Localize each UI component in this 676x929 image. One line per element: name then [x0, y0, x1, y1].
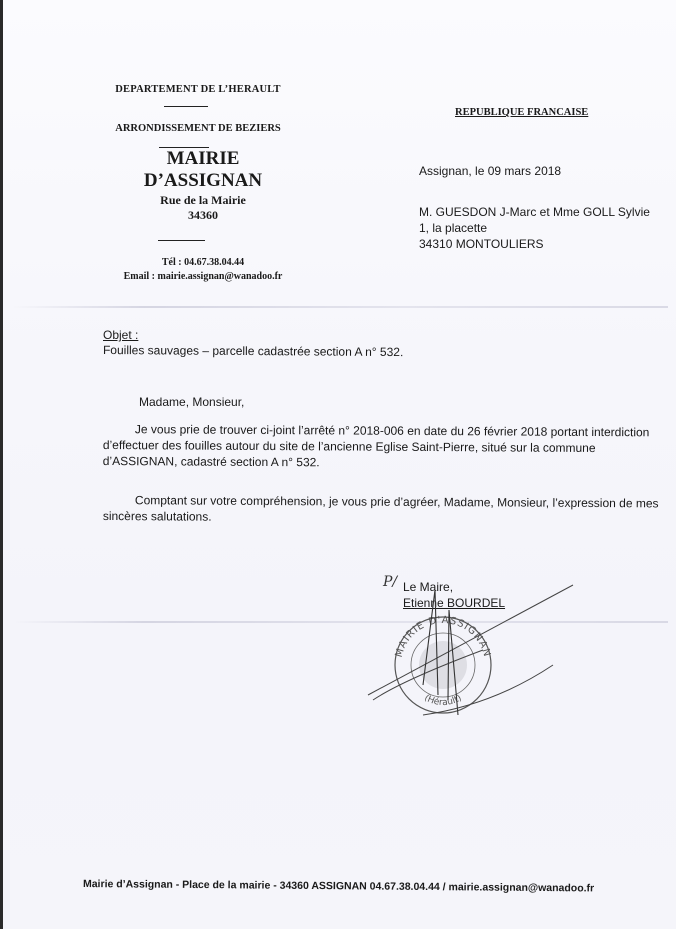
mairie-title: MAIRIE D’ASSIGNAN: [83, 148, 323, 192]
email: Email : mairie.assignan@wanadoo.fr: [63, 270, 343, 284]
postcode: 34360: [83, 208, 323, 223]
recipient-address: M. GUESDON J-Marc et Mme GOLL Sylvie 1, …: [419, 204, 650, 252]
recipient-line3: 34310 MONTOULIERS: [419, 236, 650, 252]
fold-line: [13, 306, 668, 308]
body-paragraph-1: Je vous prie de trouver ci-joint l’arrêt…: [103, 421, 663, 472]
divider: [164, 106, 208, 107]
date-line: Assignan, le 09 mars 2018: [419, 164, 561, 178]
street: Rue de la Mairie: [83, 193, 323, 208]
republic-heading: REPUBLIQUE FRANCAISE: [455, 107, 588, 118]
recipient-line2: 1, la placette: [419, 220, 650, 236]
official-stamp-icon: MAIRIE D'ASSIGNAN (Hérault): [363, 575, 583, 725]
contact-block: Tél : 04.67.38.04.44 Email : mairie.assi…: [63, 256, 343, 284]
body-paragraph-2: Comptant sur votre compréhension, je vou…: [103, 492, 663, 527]
salutation: Madame, Monsieur,: [139, 395, 244, 409]
recipient-line1: M. GUESDON J-Marc et Mme GOLL Sylvie: [419, 204, 650, 220]
divider: [158, 240, 205, 241]
letter-page: DEPARTEMENT DE L’HERAULT ARRONDISSEMENT …: [0, 0, 676, 929]
phone: Tél : 04.67.38.04.44: [63, 256, 343, 270]
subject-label: Objet :: [103, 328, 138, 342]
mairie-title-line1: MAIRIE: [83, 148, 323, 170]
subject-text: Fouilles sauvages – parcelle cadastrée s…: [103, 343, 403, 359]
footer-address: Mairie d’Assignan - Place de la mairie -…: [83, 878, 594, 894]
arrondissement-heading: ARRONDISSEMENT DE BEZIERS: [83, 123, 313, 134]
department-heading: DEPARTEMENT DE L’HERAULT: [83, 84, 313, 95]
mairie-title-line2: D’ASSIGNAN: [83, 170, 323, 192]
mairie-address: Rue de la Mairie 34360: [83, 193, 323, 223]
